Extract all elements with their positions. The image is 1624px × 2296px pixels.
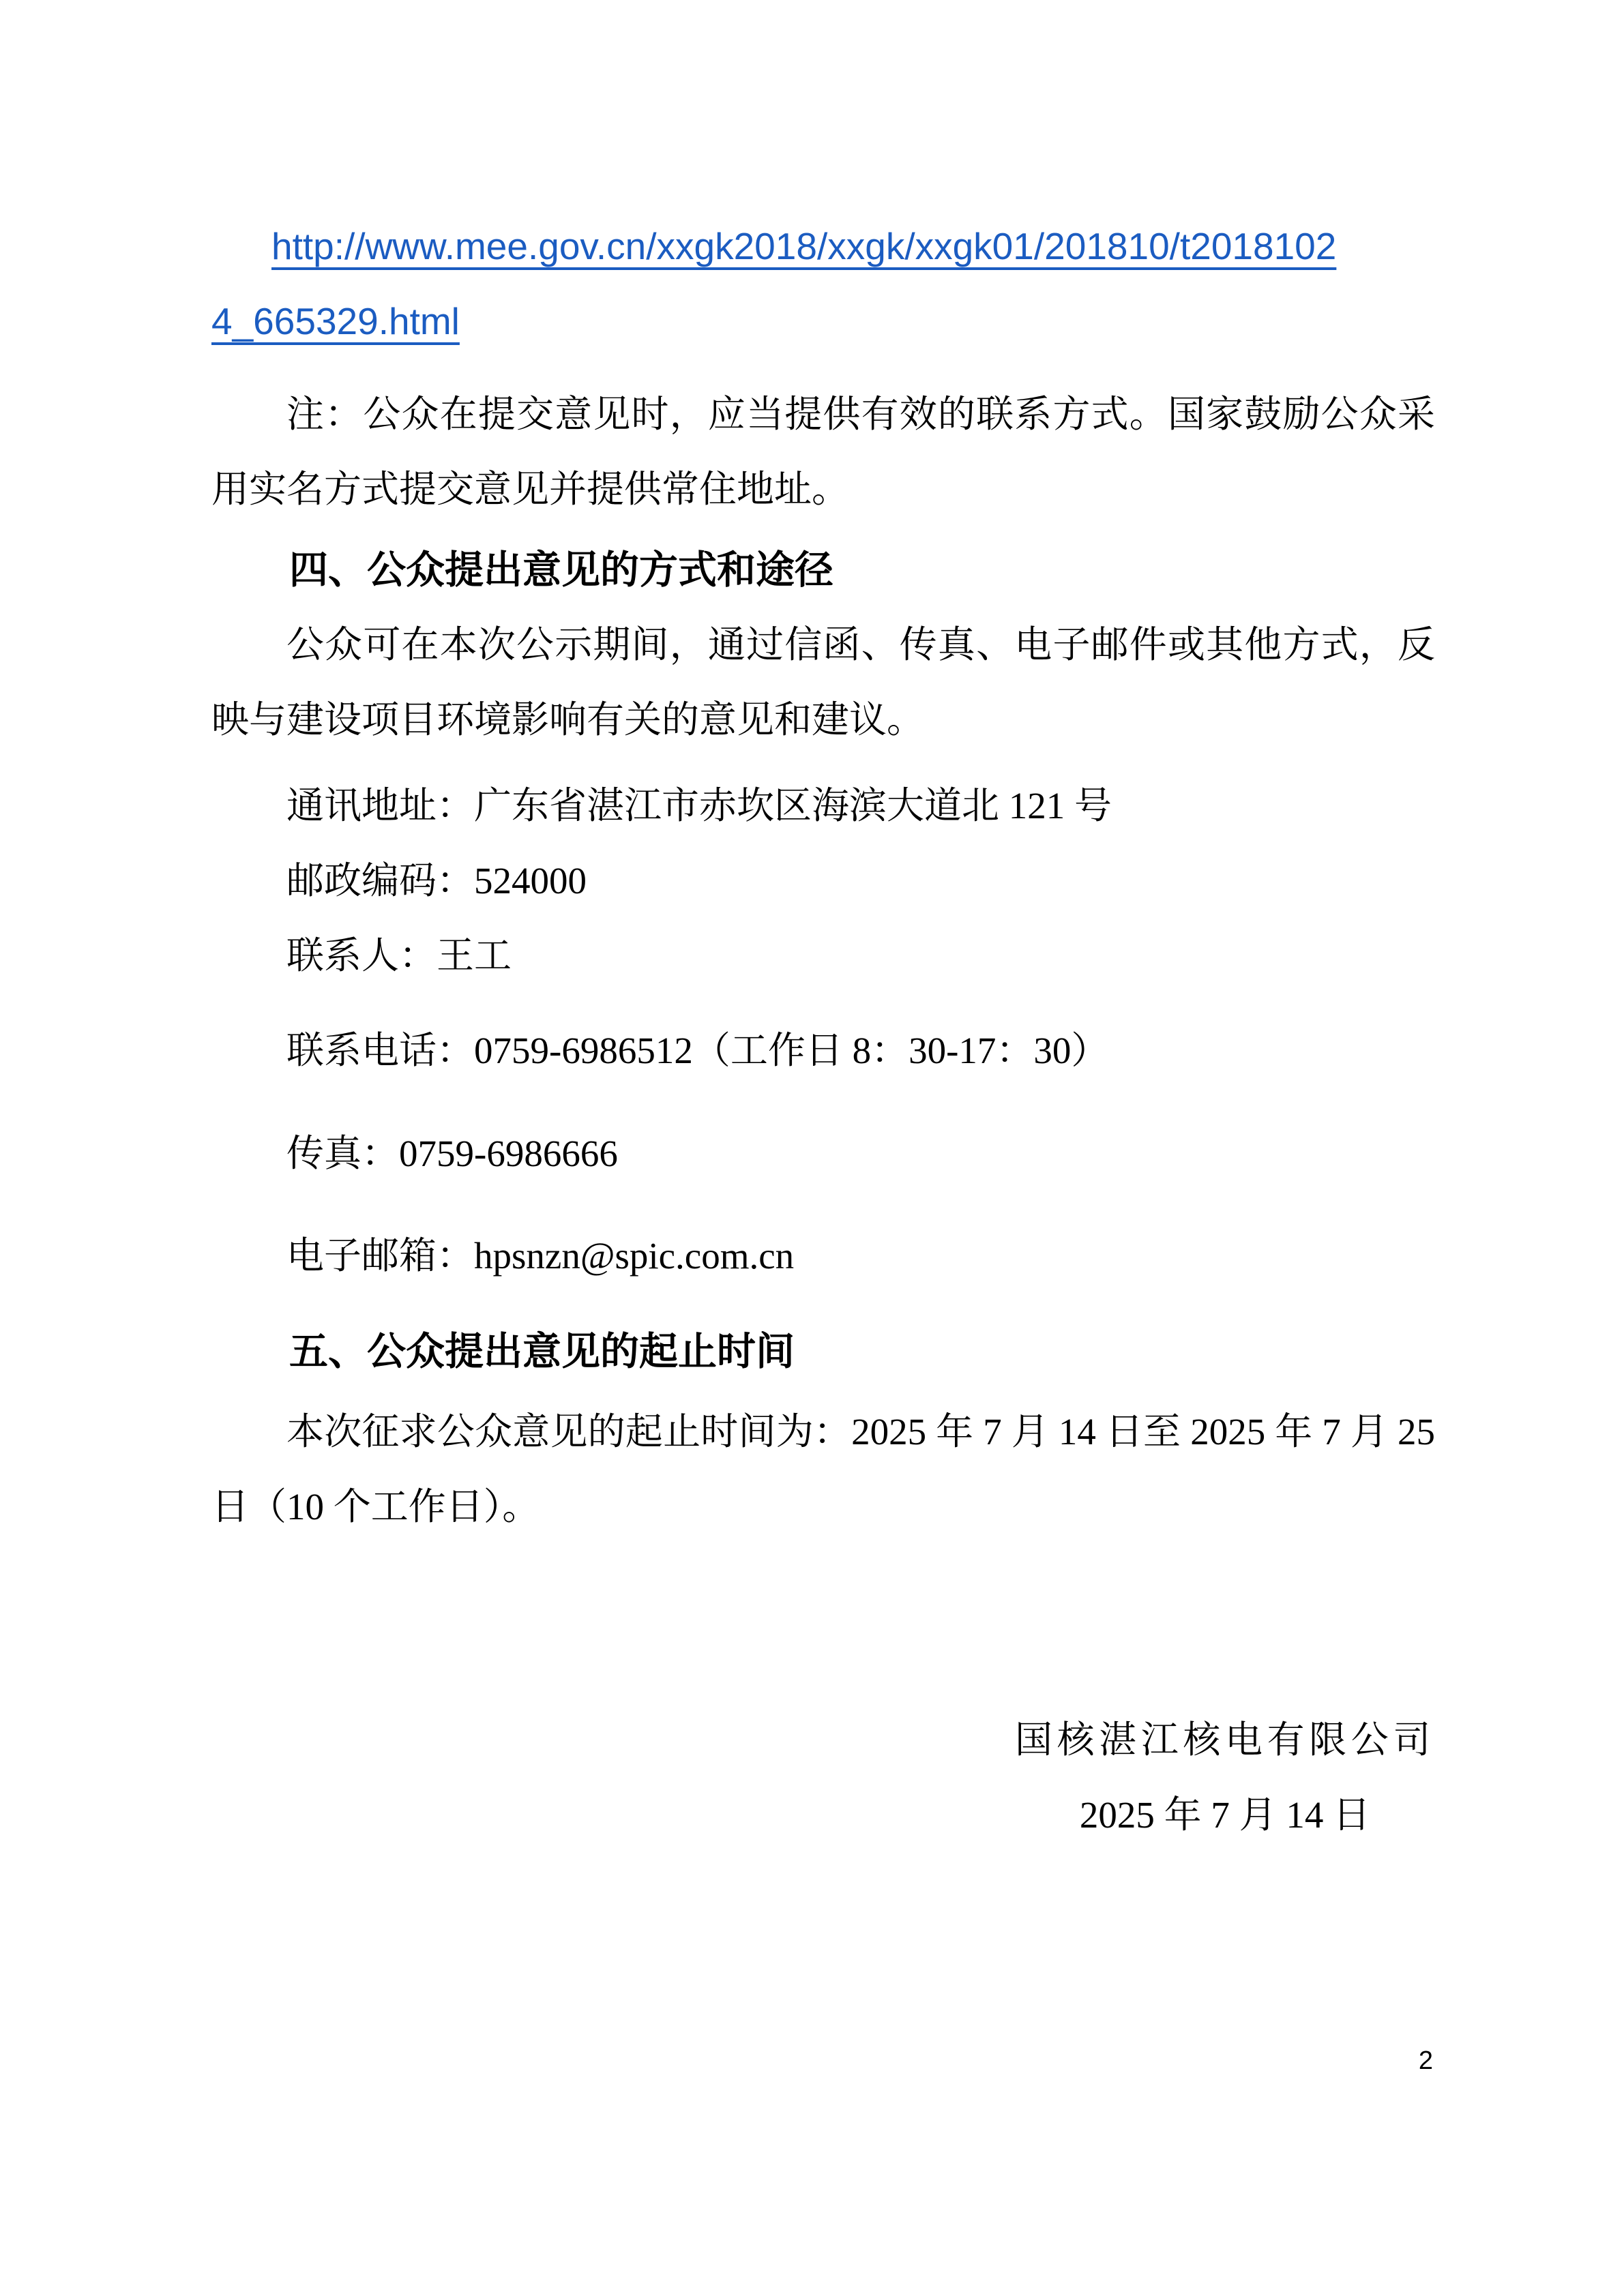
contact-phone-line: 联系电话：0759-6986512（工作日 8：30-17：30） bbox=[211, 1013, 1435, 1088]
company-name: 国核湛江核电有限公司 bbox=[1015, 1703, 1435, 1778]
url-line-2[interactable]: 4_665329.html bbox=[211, 284, 1435, 359]
mee-gov-url-link[interactable]: http://www.mee.gov.cn/xxgk2018/xxgk/xxgk… bbox=[211, 209, 1435, 359]
section4-intro-paragraph: 公众可在本次公示期间，通过信函、传真、电子邮件或其他方式，反映与建设项目环境影响… bbox=[211, 608, 1435, 758]
signature-block: 国核湛江核电有限公司 2025 年 7 月 14 日 bbox=[1015, 1703, 1435, 1853]
document-content: http://www.mee.gov.cn/xxgk2018/xxgk/xxgk… bbox=[211, 0, 1435, 1853]
contact-person-line: 联系人：王工 bbox=[211, 919, 1435, 994]
postal-code-line: 邮政编码：524000 bbox=[211, 844, 1435, 919]
document-page: http://www.mee.gov.cn/xxgk2018/xxgk/xxgk… bbox=[0, 0, 1624, 2296]
mailing-address-line: 通讯地址：广东省湛江市赤坎区海滨大道北 121 号 bbox=[211, 769, 1435, 844]
url-line-1[interactable]: http://www.mee.gov.cn/xxgk2018/xxgk/xxgk… bbox=[211, 209, 1435, 284]
section5-heading: 五、公众提出意见的起止时间 bbox=[211, 1314, 1435, 1389]
email-line: 电子邮箱：hpsnzn@spic.com.cn bbox=[211, 1219, 1435, 1294]
fax-line: 传真：0759-6986666 bbox=[211, 1116, 1435, 1191]
page-number: 2 bbox=[1419, 2046, 1433, 2076]
signature-date: 2025 年 7 月 14 日 bbox=[1015, 1778, 1435, 1853]
section5-body-paragraph: 本次征求公众意见的起止时间为：2025 年 7 月 14 日至 2025 年 7… bbox=[211, 1395, 1435, 1545]
section4-heading: 四、公众提出意见的方式和途径 bbox=[211, 533, 1435, 608]
note-paragraph: 注：公众在提交意见时，应当提供有效的联系方式。国家鼓励公众采用实名方式提交意见并… bbox=[211, 377, 1435, 527]
